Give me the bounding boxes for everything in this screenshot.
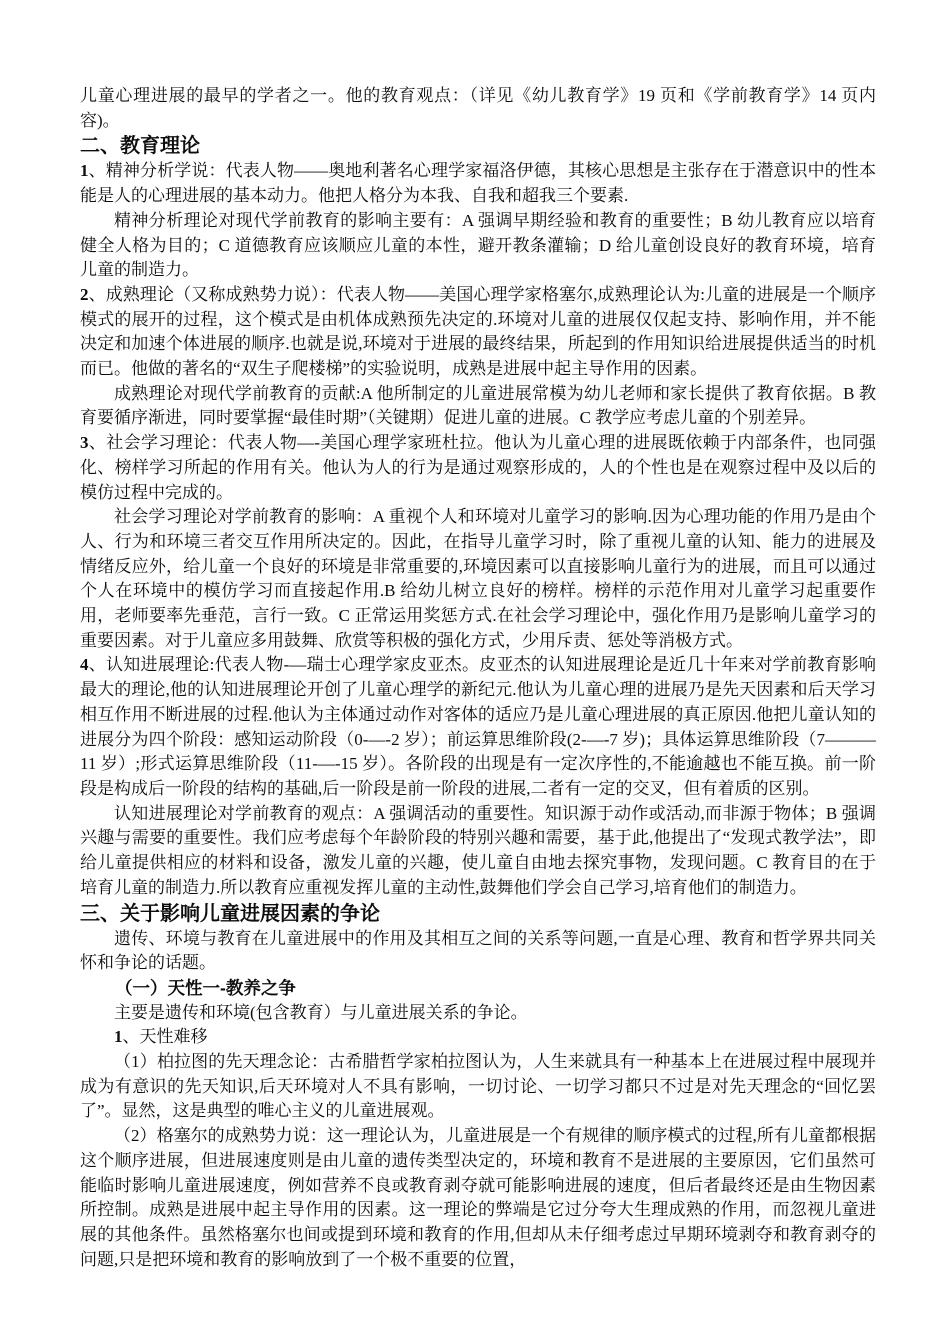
document-page: 儿童心理进展的最早的学者之一。他的教育观点：（详见《幼儿教育学》19 页和《学前… [0, 0, 950, 1344]
subheading-nature-nurture-debate: （一）天性一-教养之争 [80, 976, 876, 1001]
paragraph-plato-innate-ideas: （1）柏拉图的先天理念论：古希腊哲学家柏拉图认为，人生来就具有一种基本上在进展过… [80, 1050, 876, 1124]
paragraph-text: 、精神分析学说：代表人物——奥地利著名心理学家福洛伊德，其核心思想是主张存在于潜… [80, 161, 876, 205]
list-number-2: 2 [80, 285, 89, 304]
paragraph-text: 、认知进展理论:代表人物-—瑞士心理学家皮亚杰。皮亚杰的认知进展理论是近几十年来… [80, 655, 876, 798]
paragraph-text: 、社会学习理论：代表人物—-美国心理学家班杜拉。他认为儿童心理的进展既依赖于内部… [80, 433, 876, 501]
list-number-1: 1 [80, 161, 89, 180]
heading-section-2-education-theory: 二、教育理论 [80, 133, 876, 159]
paragraph-continuation-from-previous-page: 儿童心理进展的最早的学者之一。他的教育观点：（详见《幼儿教育学》19 页和《学前… [80, 84, 876, 133]
subheading-text: 、天性难移 [123, 1027, 208, 1046]
paragraph-social-learning-theory: 3、社会学习理论：代表人物—-美国心理学家班杜拉。他认为儿童心理的进展既依赖于内… [80, 431, 876, 505]
paragraph-text: 、成熟理论（又称成熟势力说）：代表人物——美国心理学家格塞尔,成熟理论认为:儿童… [80, 285, 876, 378]
paragraph-cognitive-development-viewpoints: 认知进展理论对学前教育的观点：A 强调活动的重要性。知识源于动作或活动,而非源于… [80, 802, 876, 901]
list-number-3: 3 [80, 433, 89, 452]
paragraph-gesell-maturation-view: （2）格塞尔的成熟势力说：这一理论认为，儿童进展是一个有规律的顺序模式的过程,所… [80, 1124, 876, 1272]
paragraph-psychoanalytic-influence: 精神分析理论对现代学前教育的影响主要有：A 强调早期经验和教育的重要性；B 幼儿… [80, 209, 876, 283]
list-number-4: 4 [80, 655, 89, 674]
sub-list-number-1: 1 [114, 1027, 123, 1046]
paragraph-maturation-theory: 2、成熟理论（又称成熟势力说）：代表人物——美国心理学家格塞尔,成熟理论认为:儿… [80, 283, 876, 382]
paragraph-heredity-environment-education-intro: 遗传、环境与教育在儿童进展中的作用及其相互之间的关系等问题,一直是心理、教育和哲… [80, 927, 876, 976]
paragraph-psychoanalytic-theory: 1、精神分析学说：代表人物——奥地利著名心理学家福洛伊德，其核心思想是主张存在于… [80, 159, 876, 208]
paragraph-cognitive-development-theory: 4、认知进展理论:代表人物-—瑞士心理学家皮亚杰。皮亚杰的认知进展理论是近几十年… [80, 653, 876, 801]
subheading-nature-hard-to-change: 1、天性难移 [80, 1025, 876, 1050]
paragraph-social-learning-influence: 社会学习理论对学前教育的影响：A 重视个人和环境对儿童学习的影响.因为心理功能的… [80, 505, 876, 653]
paragraph-nature-nurture-summary: 主要是遗传和环境(包含教育）与儿童进展关系的争论。 [80, 1001, 876, 1026]
paragraph-maturation-contribution: 成熟理论对现代学前教育的贡献:A 他所制定的儿童进展常模为幼儿老师和家长提供了教… [80, 382, 876, 431]
heading-section-3-debate-on-factors: 三、关于影响儿童进展因素的争论 [80, 901, 876, 927]
